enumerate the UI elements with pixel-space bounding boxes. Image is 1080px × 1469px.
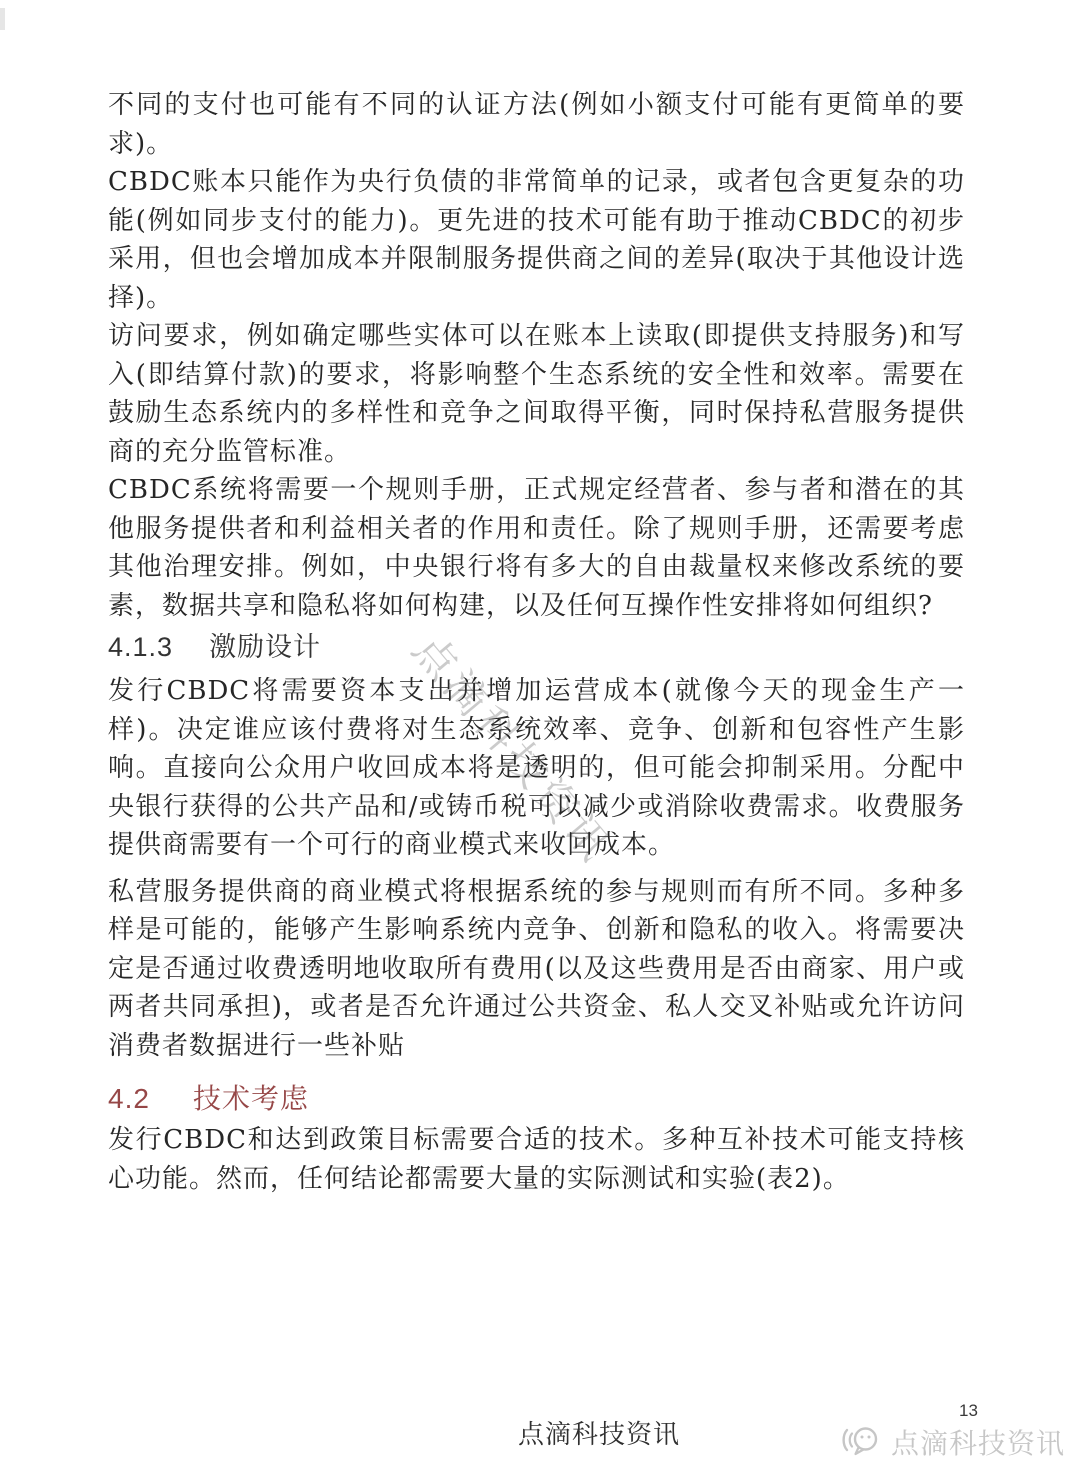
section-number: 4.1.3: [108, 627, 173, 667]
body-paragraph: CBDC系统将需要一个规则手册，正式规定经营者、参与者和潜在的其他服务提供者和利…: [108, 471, 965, 625]
body-paragraph: 私营服务提供商的商业模式将根据系统的参与规则而有所不同。多种多样是可能的，能够产…: [108, 873, 965, 1066]
scan-artifact: [0, 8, 5, 30]
chat-bubbles-icon: [840, 1424, 882, 1460]
body-paragraph: 发行CBDC和达到政策目标需要合适的技术。多种互补技术可能支持核心功能。然而，任…: [108, 1121, 965, 1198]
body-paragraph: 发行CBDC将需要资本支出并增加运营成本(就像今天的现金生产一样)。决定谁应该付…: [108, 672, 965, 865]
section-title: 激励设计: [209, 632, 321, 662]
section-title: 技术考虑: [193, 1083, 309, 1114]
body-paragraph: 不同的支付也可能有不同的认证方法(例如小额支付可能有更简单的要求)。: [108, 86, 965, 163]
body-paragraph: CBDC账本只能作为央行负债的非常简单的记录，或者包含更复杂的功能(例如同步支付…: [108, 163, 965, 317]
brand-name: 点滴科技资讯: [891, 1422, 1065, 1462]
document-page: 点滴科技资讯 不同的支付也可能有不同的认证方法(例如小额支付可能有更简单的要求)…: [0, 0, 1080, 1469]
section-heading-4-1-3: 4.1.3激励设计: [108, 627, 965, 667]
body-paragraph: 访问要求，例如确定哪些实体可以在账本上读取(即提供支持服务)和写入(即结算付款)…: [108, 317, 965, 471]
section-number: 4.2: [108, 1078, 150, 1120]
document-body: 不同的支付也可能有不同的认证方法(例如小额支付可能有更简单的要求)。 CBDC账…: [108, 86, 965, 1198]
page-number: 13: [959, 1401, 978, 1421]
section-heading-4-2: 4.2技术考虑: [108, 1078, 965, 1120]
footer-site-name: 点滴科技资讯: [518, 1414, 680, 1451]
footer-brand: 点滴科技资讯: [840, 1422, 1065, 1462]
